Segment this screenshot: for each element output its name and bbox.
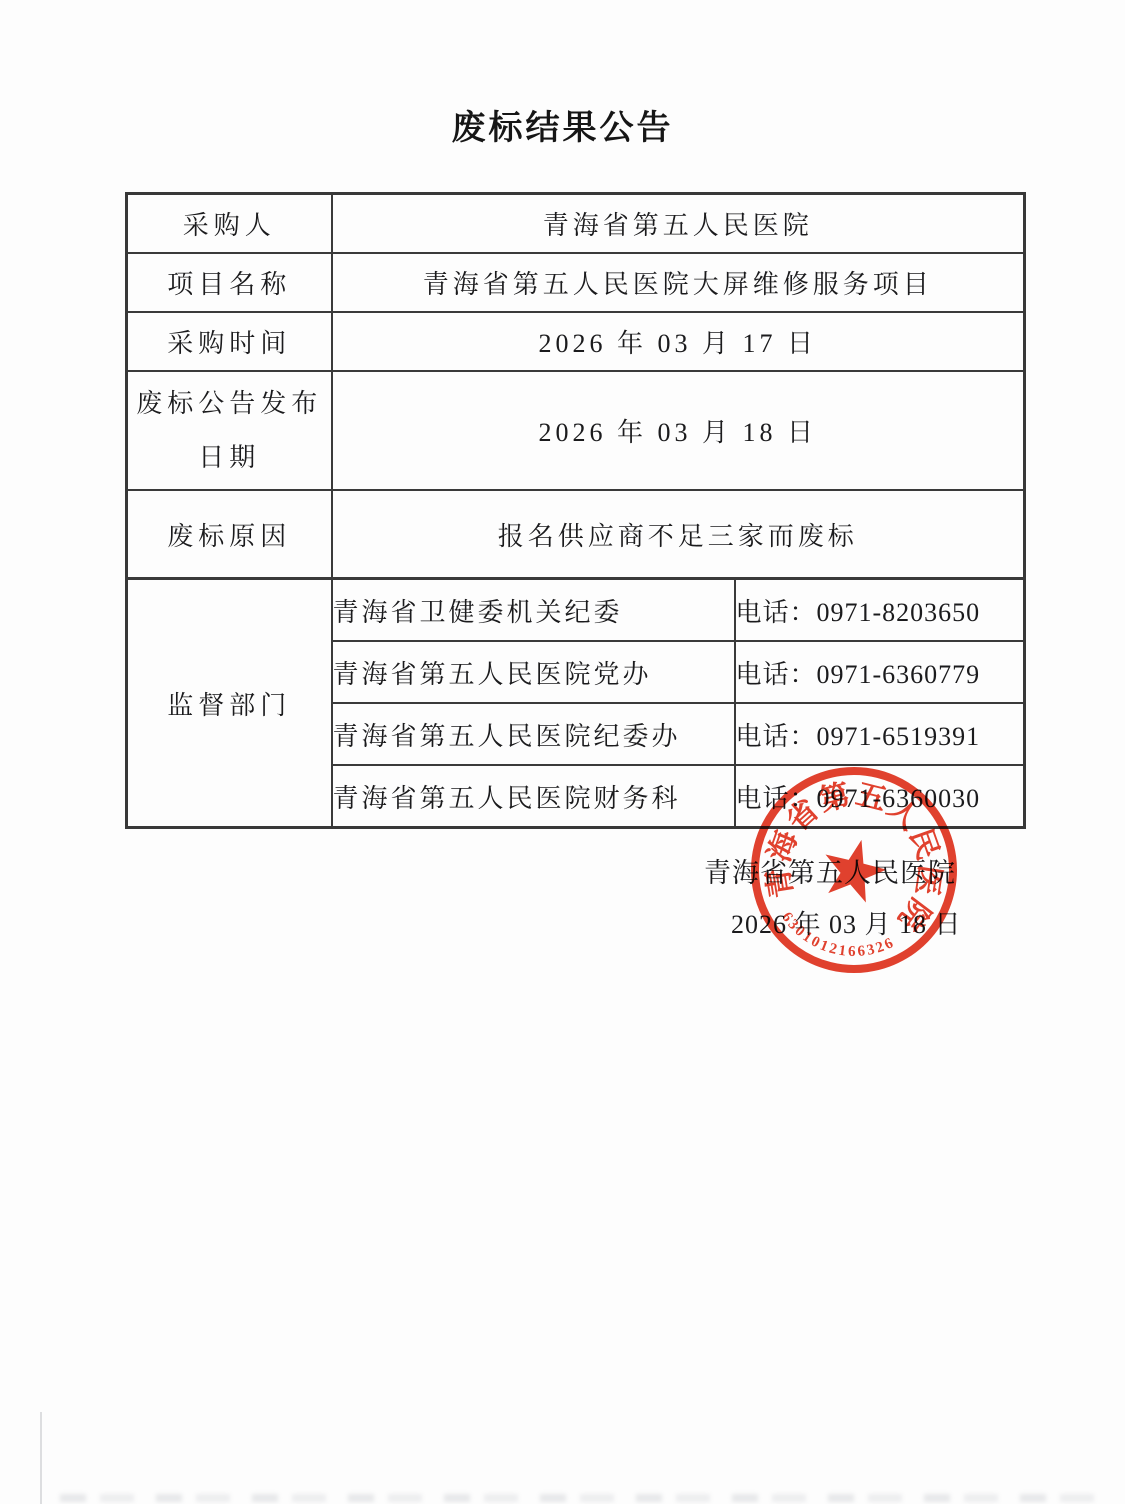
row-value: 青海省第五人民医院大屏维修服务项目 — [332, 253, 1025, 312]
row-value: 2026 年 03 月 17 日 — [332, 312, 1025, 371]
phone-cell: 电话：0971-6360779 — [735, 641, 1025, 703]
row-value: 2026 年 03 月 18 日 — [332, 371, 1025, 490]
table-row-purchaser: 采购人 青海省第五人民医院 — [127, 194, 1025, 254]
row-label: 项目名称 — [127, 253, 332, 312]
scanned-document-page: 废标结果公告 采购人 青海省第五人民医院 项目名称 青海省第五人民医院大屏维修服… — [0, 0, 1125, 1504]
phone-cell: 电话：0971-8203650 — [735, 579, 1025, 642]
department-cell: 青海省第五人民医院财务科 — [332, 765, 735, 828]
table-row-announcement-date: 废标公告发布日期 2026 年 03 月 18 日 — [127, 371, 1025, 490]
row-label: 采购人 — [127, 194, 332, 254]
row-label: 废标原因 — [127, 490, 332, 579]
department-cell: 青海省卫健委机关纪委 — [332, 579, 735, 642]
scan-artifact-bleedthrough — [60, 1494, 1107, 1502]
row-value: 报名供应商不足三家而废标 — [332, 490, 1025, 579]
table-row-supervision-1: 监督部门 青海省卫健委机关纪委 电话：0971-8203650 — [127, 579, 1025, 642]
table-row-procurement-time: 采购时间 2026 年 03 月 17 日 — [127, 312, 1025, 371]
stamp-star-icon — [817, 832, 892, 905]
table-row-project-name: 项目名称 青海省第五人民医院大屏维修服务项目 — [127, 253, 1025, 312]
department-cell: 青海省第五人民医院纪委办 — [332, 703, 735, 765]
row-value: 青海省第五人民医院 — [332, 194, 1025, 254]
row-label: 废标公告发布日期 — [127, 371, 332, 490]
announcement-table: 采购人 青海省第五人民医院 项目名称 青海省第五人民医院大屏维修服务项目 采购时… — [125, 192, 1026, 829]
document-title: 废标结果公告 — [0, 100, 1125, 149]
scan-artifact-edge-line — [40, 1412, 42, 1504]
table-row-cancellation-reason: 废标原因 报名供应商不足三家而废标 — [127, 490, 1025, 579]
row-label: 采购时间 — [127, 312, 332, 371]
department-cell: 青海省第五人民医院党办 — [332, 641, 735, 703]
supervision-label: 监督部门 — [127, 579, 332, 828]
